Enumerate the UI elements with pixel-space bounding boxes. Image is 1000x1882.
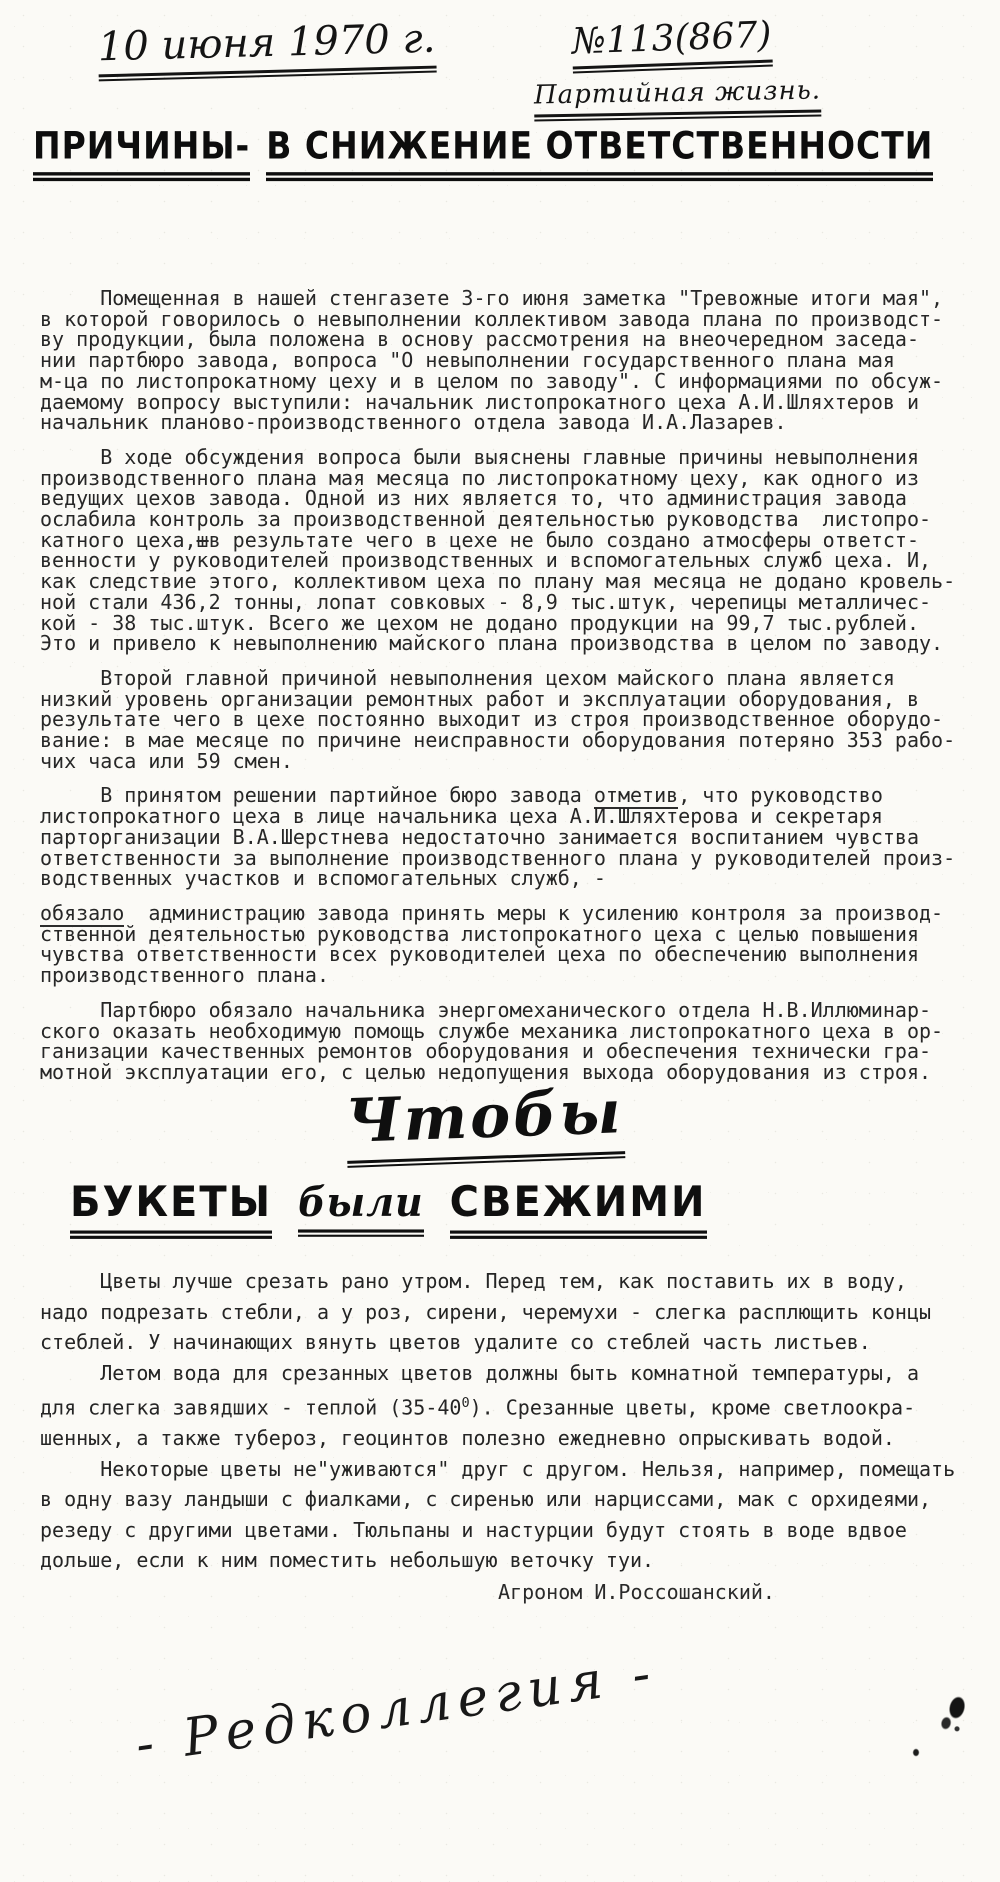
text-line: начальник планово-производственного отде… — [40, 412, 975, 433]
paragraph: обязало администрацию завода принять мер… — [40, 903, 975, 986]
text-line: ского оказать необходимую помощь службе … — [40, 1021, 975, 1042]
text-line: водственных участков и вспомогательных с… — [40, 868, 975, 889]
text-line: дольше, если к ним поместить небольшую в… — [40, 1545, 985, 1576]
text-line: ганизации качественных ремонтов оборудов… — [40, 1041, 975, 1062]
article2-headline-svezhimi: СВЕЖИМИ — [450, 1178, 707, 1239]
article1-body: Помещенная в нашей стенгазете 3-го июня … — [40, 288, 975, 1097]
text-line: ослабила контроль за производственной де… — [40, 509, 975, 530]
text-line: листопрокатного цеха в лице начальника ц… — [40, 806, 975, 827]
rubric-party-life: Партийная жизнь. — [534, 75, 822, 121]
text-line: низкий уровень организации ремонтных раб… — [40, 689, 975, 710]
text-line: Второй главной причиной невыполнения цех… — [40, 668, 975, 689]
article1-headline-part2: В СНИЖЕНИЕ ОТВЕТСТВЕННОСТИ — [266, 124, 933, 181]
text-line: чувства ответственности всех руководител… — [40, 944, 975, 965]
text-line: производственного плана. — [40, 965, 975, 986]
text-line: для слегка завядших - теплой (35-400). С… — [40, 1388, 985, 1423]
rubric-text: Партийная жизнь. — [534, 75, 822, 121]
text-line: шенных, а также тубероз, геоцинтов полез… — [40, 1423, 985, 1454]
paragraph: Летом вода для срезанных цветов должны б… — [40, 1358, 985, 1454]
text-line: Цветы лучше срезать рано утром. Перед те… — [40, 1266, 985, 1297]
paragraph: Партбюро обязало начальника энергомехани… — [40, 1000, 975, 1083]
text-line: м-ца по листопрокатному цеху и в целом п… — [40, 371, 975, 392]
text-line: катного цеха,шв результате чего в цехе н… — [40, 530, 975, 551]
text-line: производственного плана мая месяца по ли… — [40, 468, 975, 489]
text-line: надо подрезать стебли, а у роз, сирени, … — [40, 1297, 985, 1328]
issue-number-text: №113(867) — [571, 15, 772, 73]
text-line: венности у руководителей производственны… — [40, 550, 975, 571]
text-line: В принятом решении партийное бюро завода… — [40, 785, 975, 806]
scanned-newspaper-page: { "header": { "date": "10 июня 1970 г.",… — [0, 0, 1000, 1882]
text-line: ведущих цехов завода. Одной из них являе… — [40, 488, 975, 509]
text-line: В ходе обсуждения вопроса были выяснены … — [40, 447, 975, 468]
article2-body: Цветы лучше срезать рано утром. Перед те… — [40, 1266, 985, 1576]
text-line: даемому вопросу выступили: начальник лис… — [40, 392, 975, 413]
text-line: ственной деятельностью руководства листо… — [40, 924, 975, 945]
article2-headline-bukety: БУКЕТЫ — [70, 1178, 272, 1239]
paragraph: Помещенная в нашей стенгазете 3-го июня … — [40, 288, 975, 433]
text-line: как следствие этого, коллективом цеха по… — [40, 571, 975, 592]
article2-headline-line2: БУКЕТЫбылиСВЕЖИМИ — [70, 1178, 707, 1239]
paragraph: Некоторые цветы не"уживаются" друг с дру… — [40, 1454, 985, 1576]
ink-blot — [933, 1687, 974, 1741]
paragraph: В ходе обсуждения вопроса были выяснены … — [40, 447, 975, 654]
article2-byline: Агроном И.Россошанский. — [498, 1580, 775, 1604]
article1-headline: ПРИЧИНЫ-В СНИЖЕНИЕ ОТВЕТСТВЕННОСТИ — [33, 124, 949, 181]
text-line: резеду с другими цветами. Тюльпаны и нас… — [40, 1515, 985, 1546]
text-line: обязало администрацию завода принять мер… — [40, 903, 975, 924]
paragraph: Второй главной причиной невыполнения цех… — [40, 668, 975, 772]
text-line: ответственности за выполнение производст… — [40, 848, 975, 869]
text-line: ной стали 436,2 тонны, лопат совковых - … — [40, 592, 975, 613]
text-line: кой - 38 тыс.штук. Всего же цехом не дод… — [40, 613, 975, 634]
text-line: Летом вода для срезанных цветов должны б… — [40, 1358, 985, 1389]
text-line: чих часа или 59 смен. — [40, 751, 975, 772]
text-line: Некоторые цветы не"уживаются" друг с дру… — [40, 1454, 985, 1485]
paragraph: В принятом решении партийное бюро завода… — [40, 785, 975, 889]
article2-headline-line1: Чтобы — [345, 1077, 625, 1167]
text-line: в одну вазу ландыши с фиалками, с сирень… — [40, 1484, 985, 1515]
text-line: в которой говорилось о невыполнении колл… — [40, 309, 975, 330]
text-line: мотной эксплуатации его, с целью недопущ… — [40, 1062, 975, 1083]
text-line: нии партбюро завода, вопроса "О невыполн… — [40, 350, 975, 371]
paragraph: Цветы лучше срезать рано утром. Перед те… — [40, 1266, 985, 1358]
article1-headline-part1: ПРИЧИНЫ- — [33, 124, 250, 181]
text-line: Это и привело к невыполнению майского пл… — [40, 633, 975, 654]
text-line: вание: в мае месяце по причине неисправн… — [40, 730, 975, 751]
text-line: Помещенная в нашей стенгазете 3-го июня … — [40, 288, 975, 309]
text-line: парторганизации В.А.Шерстнева недостаточ… — [40, 827, 975, 848]
article2-headline-byli: были — [298, 1178, 424, 1236]
editorial-board-signature: - Редколлегия - — [132, 1643, 661, 1776]
issue-number: №113(867) — [571, 15, 772, 73]
issue-date: 10 июня 1970 г. — [97, 16, 436, 81]
text-line: стеблей. У начинающих вянуть цветов удал… — [40, 1327, 985, 1358]
issue-date-text: 10 июня 1970 г. — [97, 16, 436, 81]
text-line: Партбюро обязало начальника энергомехани… — [40, 1000, 975, 1021]
article2-headline-chtoby: Чтобы — [345, 1077, 625, 1167]
text-line: ву продукции, была положена в основу рас… — [40, 329, 975, 350]
text-line: результате чего в цехе постоянно выходит… — [40, 709, 975, 730]
ink-speck — [910, 1746, 922, 1759]
